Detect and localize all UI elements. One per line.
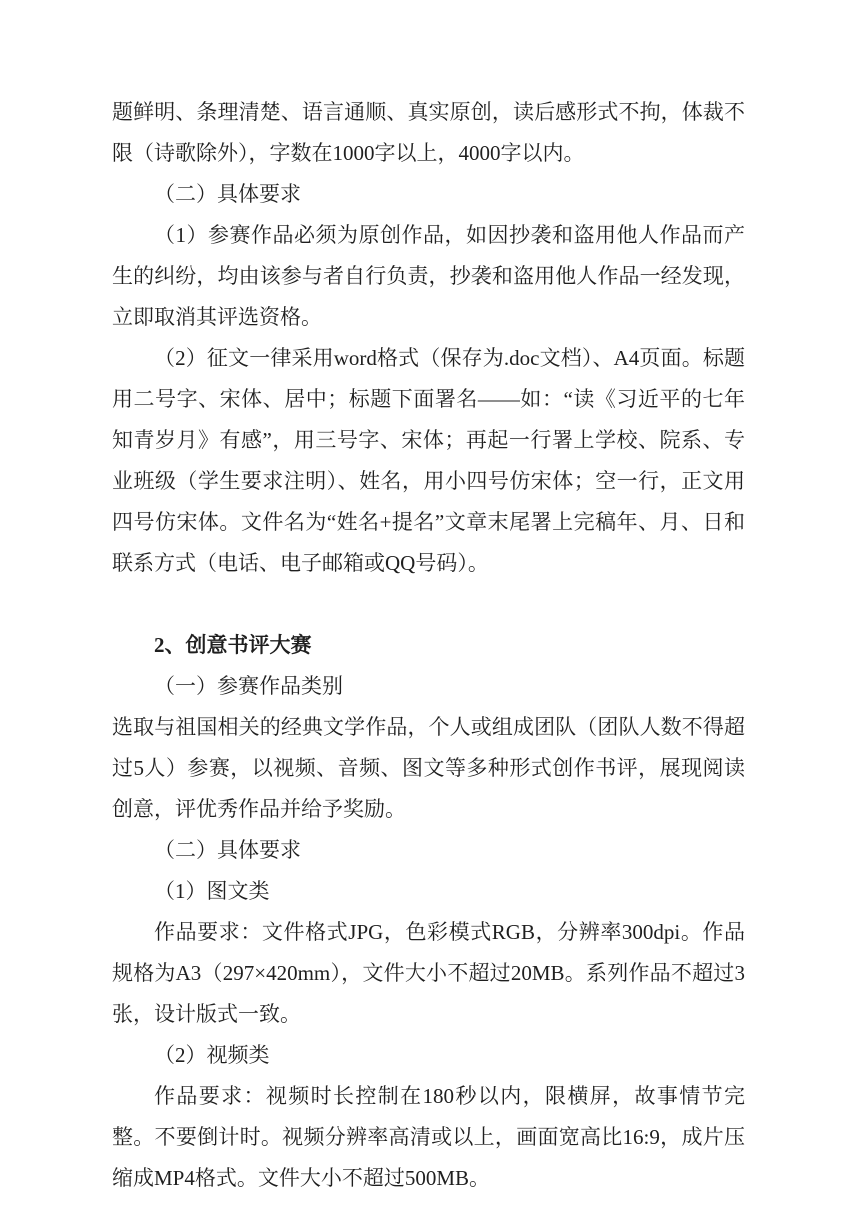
section-heading-creative-book-review-contest: 2、创意书评大赛 xyxy=(112,625,745,666)
paragraph-subheading-graphic-category: （1）图文类 xyxy=(112,871,745,912)
paragraph-originality-rule: （1）参赛作品必须为原创作品，如因抄袭和盗用他人作品而产生的纠纷，均由该参与者自… xyxy=(112,215,745,338)
paragraph-subheading-video-category: （2）视频类 xyxy=(112,1035,745,1076)
paragraph-entry-description: 选取与祖国相关的经典文学作品，个人或组成团队（团队人数不得超过5人）参赛，以视频… xyxy=(112,707,745,830)
document-page: 题鲜明、条理清楚、语言通顺、真实原创，读后感形式不拘，体裁不限（诗歌除外），字数… xyxy=(0,0,858,1217)
paragraph-subheading-specific-requirements-1: （二）具体要求 xyxy=(112,174,745,215)
paragraph-graphic-requirements: 作品要求：文件格式JPG，色彩模式RGB，分辨率300dpi。作品规格为A3（2… xyxy=(112,912,745,1035)
blank-line xyxy=(112,584,745,625)
paragraph-video-requirements: 作品要求：视频时长控制在180秒以内，限横屏，故事情节完整。不要倒计时。视频分辨… xyxy=(112,1076,745,1199)
paragraph-format-rule: （2）征文一律采用word格式（保存为.doc文档）、A4页面。标题用二号字、宋… xyxy=(112,338,745,584)
paragraph-subheading-entry-categories: （一）参赛作品类别 xyxy=(112,666,745,707)
paragraph-essay-requirements-continued: 题鲜明、条理清楚、语言通顺、真实原创，读后感形式不拘，体裁不限（诗歌除外），字数… xyxy=(112,92,745,174)
paragraph-subheading-specific-requirements-2: （二）具体要求 xyxy=(112,830,745,871)
